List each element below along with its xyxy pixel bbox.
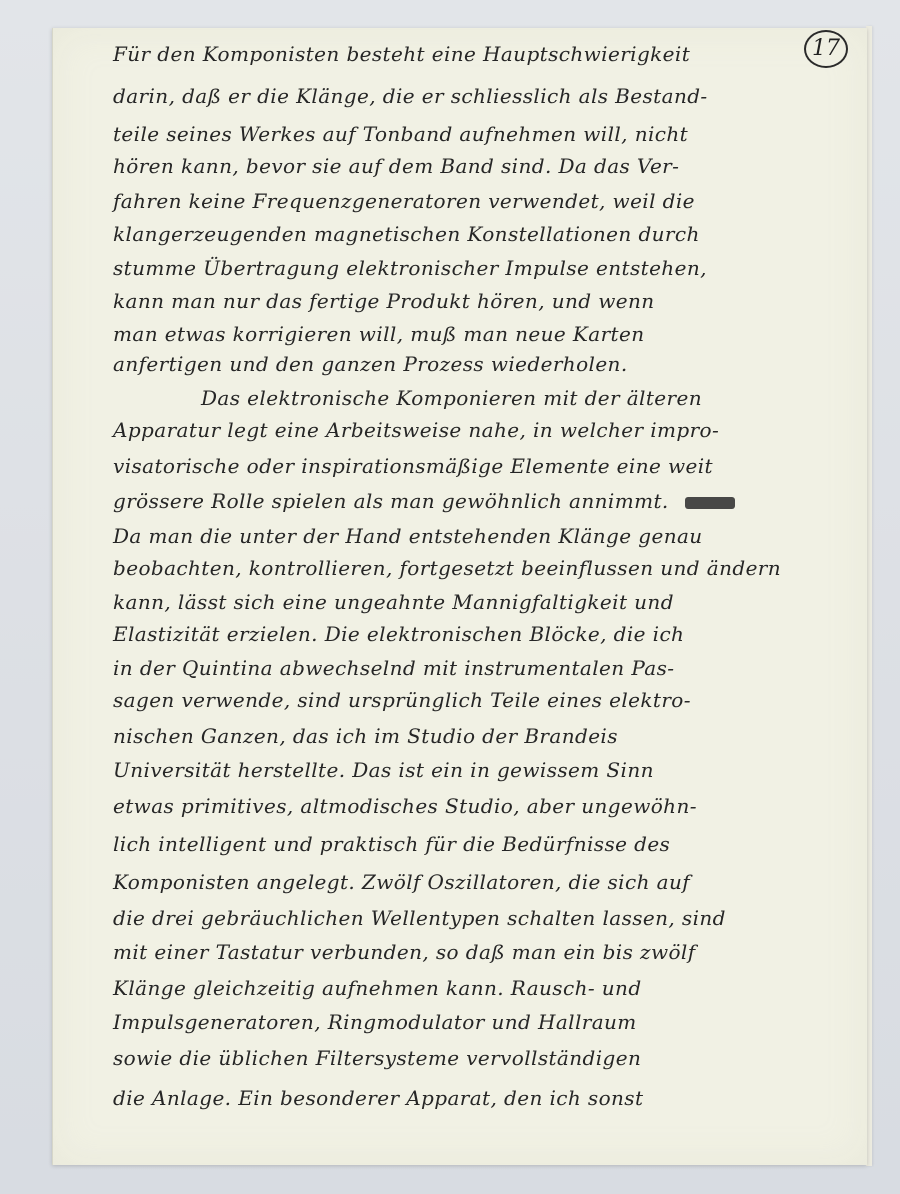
text-line: Komponisten angelegt. Zwölf Oszillatoren… xyxy=(113,870,690,894)
text-line: Apparatur legt eine Arbeitsweise nahe, i… xyxy=(113,418,719,442)
text-line: visatorische oder inspirationsmäßige Ele… xyxy=(113,454,713,478)
text-line: man etwas korrigieren will, muß man neue… xyxy=(113,322,645,346)
text-line: kann, lässt sich eine ungeahnte Mannigfa… xyxy=(113,590,674,614)
text-line: beobachten, kontrollieren, fortgesetzt b… xyxy=(113,556,781,580)
text-line: lich intelligent und praktisch für die B… xyxy=(113,832,670,856)
text-line: in der Quintina abwechselnd mit instrume… xyxy=(113,656,674,680)
text-line: sowie die üblichen Filtersysteme vervoll… xyxy=(113,1046,641,1070)
text-line: mit einer Tastatur verbunden, so daß man… xyxy=(113,940,696,964)
text-line: hören kann, bevor sie auf dem Band sind.… xyxy=(113,154,679,178)
text-line: darin, daß er die Klänge, die er schlies… xyxy=(113,84,708,108)
text-line: stumme Übertragung elektronischer Impuls… xyxy=(113,256,707,280)
text-line: die Anlage. Ein besonderer Apparat, den … xyxy=(113,1086,643,1110)
manuscript-page: 17 Für den Komponisten besteht eine Haup… xyxy=(52,28,867,1165)
text-line: nischen Ganzen, das ich im Studio der Br… xyxy=(113,724,618,748)
text-line: Da man die unter der Hand entstehenden K… xyxy=(113,524,703,548)
text-line: kann man nur das fertige Produkt hören, … xyxy=(113,289,655,313)
paragraph-start-line: Das elektronische Komponieren mit der äl… xyxy=(201,386,702,410)
page-number-circled: 17 xyxy=(804,30,848,68)
text-line: Elastizität erzielen. Die elektronischen… xyxy=(113,622,684,646)
text-line: grössere Rolle spielen als man gewöhnlic… xyxy=(113,489,735,513)
text-line: anfertigen und den ganzen Prozess wieder… xyxy=(113,352,628,376)
text-line: die drei gebräuchlichen Wellentypen scha… xyxy=(113,906,726,930)
text-line: Impulsgeneratoren, Ringmodulator und Hal… xyxy=(113,1010,637,1034)
text-line: Universität herstellte. Das ist ein in g… xyxy=(113,758,654,782)
text-line: sagen verwende, sind ursprünglich Teile … xyxy=(113,688,691,712)
text-line: klangerzeugenden magnetischen Konstellat… xyxy=(113,222,700,246)
text-segment: grössere Rolle spielen als man gewöhnlic… xyxy=(113,489,669,513)
text-line: Klänge gleichzeitig aufnehmen kann. Raus… xyxy=(113,976,642,1000)
text-line: teile seines Werkes auf Tonband aufnehme… xyxy=(113,122,688,146)
crossed-out-word xyxy=(685,497,735,509)
text-line: Für den Komponisten besteht eine Hauptsc… xyxy=(113,42,690,66)
text-line: etwas primitives, altmodisches Studio, a… xyxy=(113,794,697,818)
text-line: fahren keine Frequenzgeneratoren verwend… xyxy=(113,189,695,213)
